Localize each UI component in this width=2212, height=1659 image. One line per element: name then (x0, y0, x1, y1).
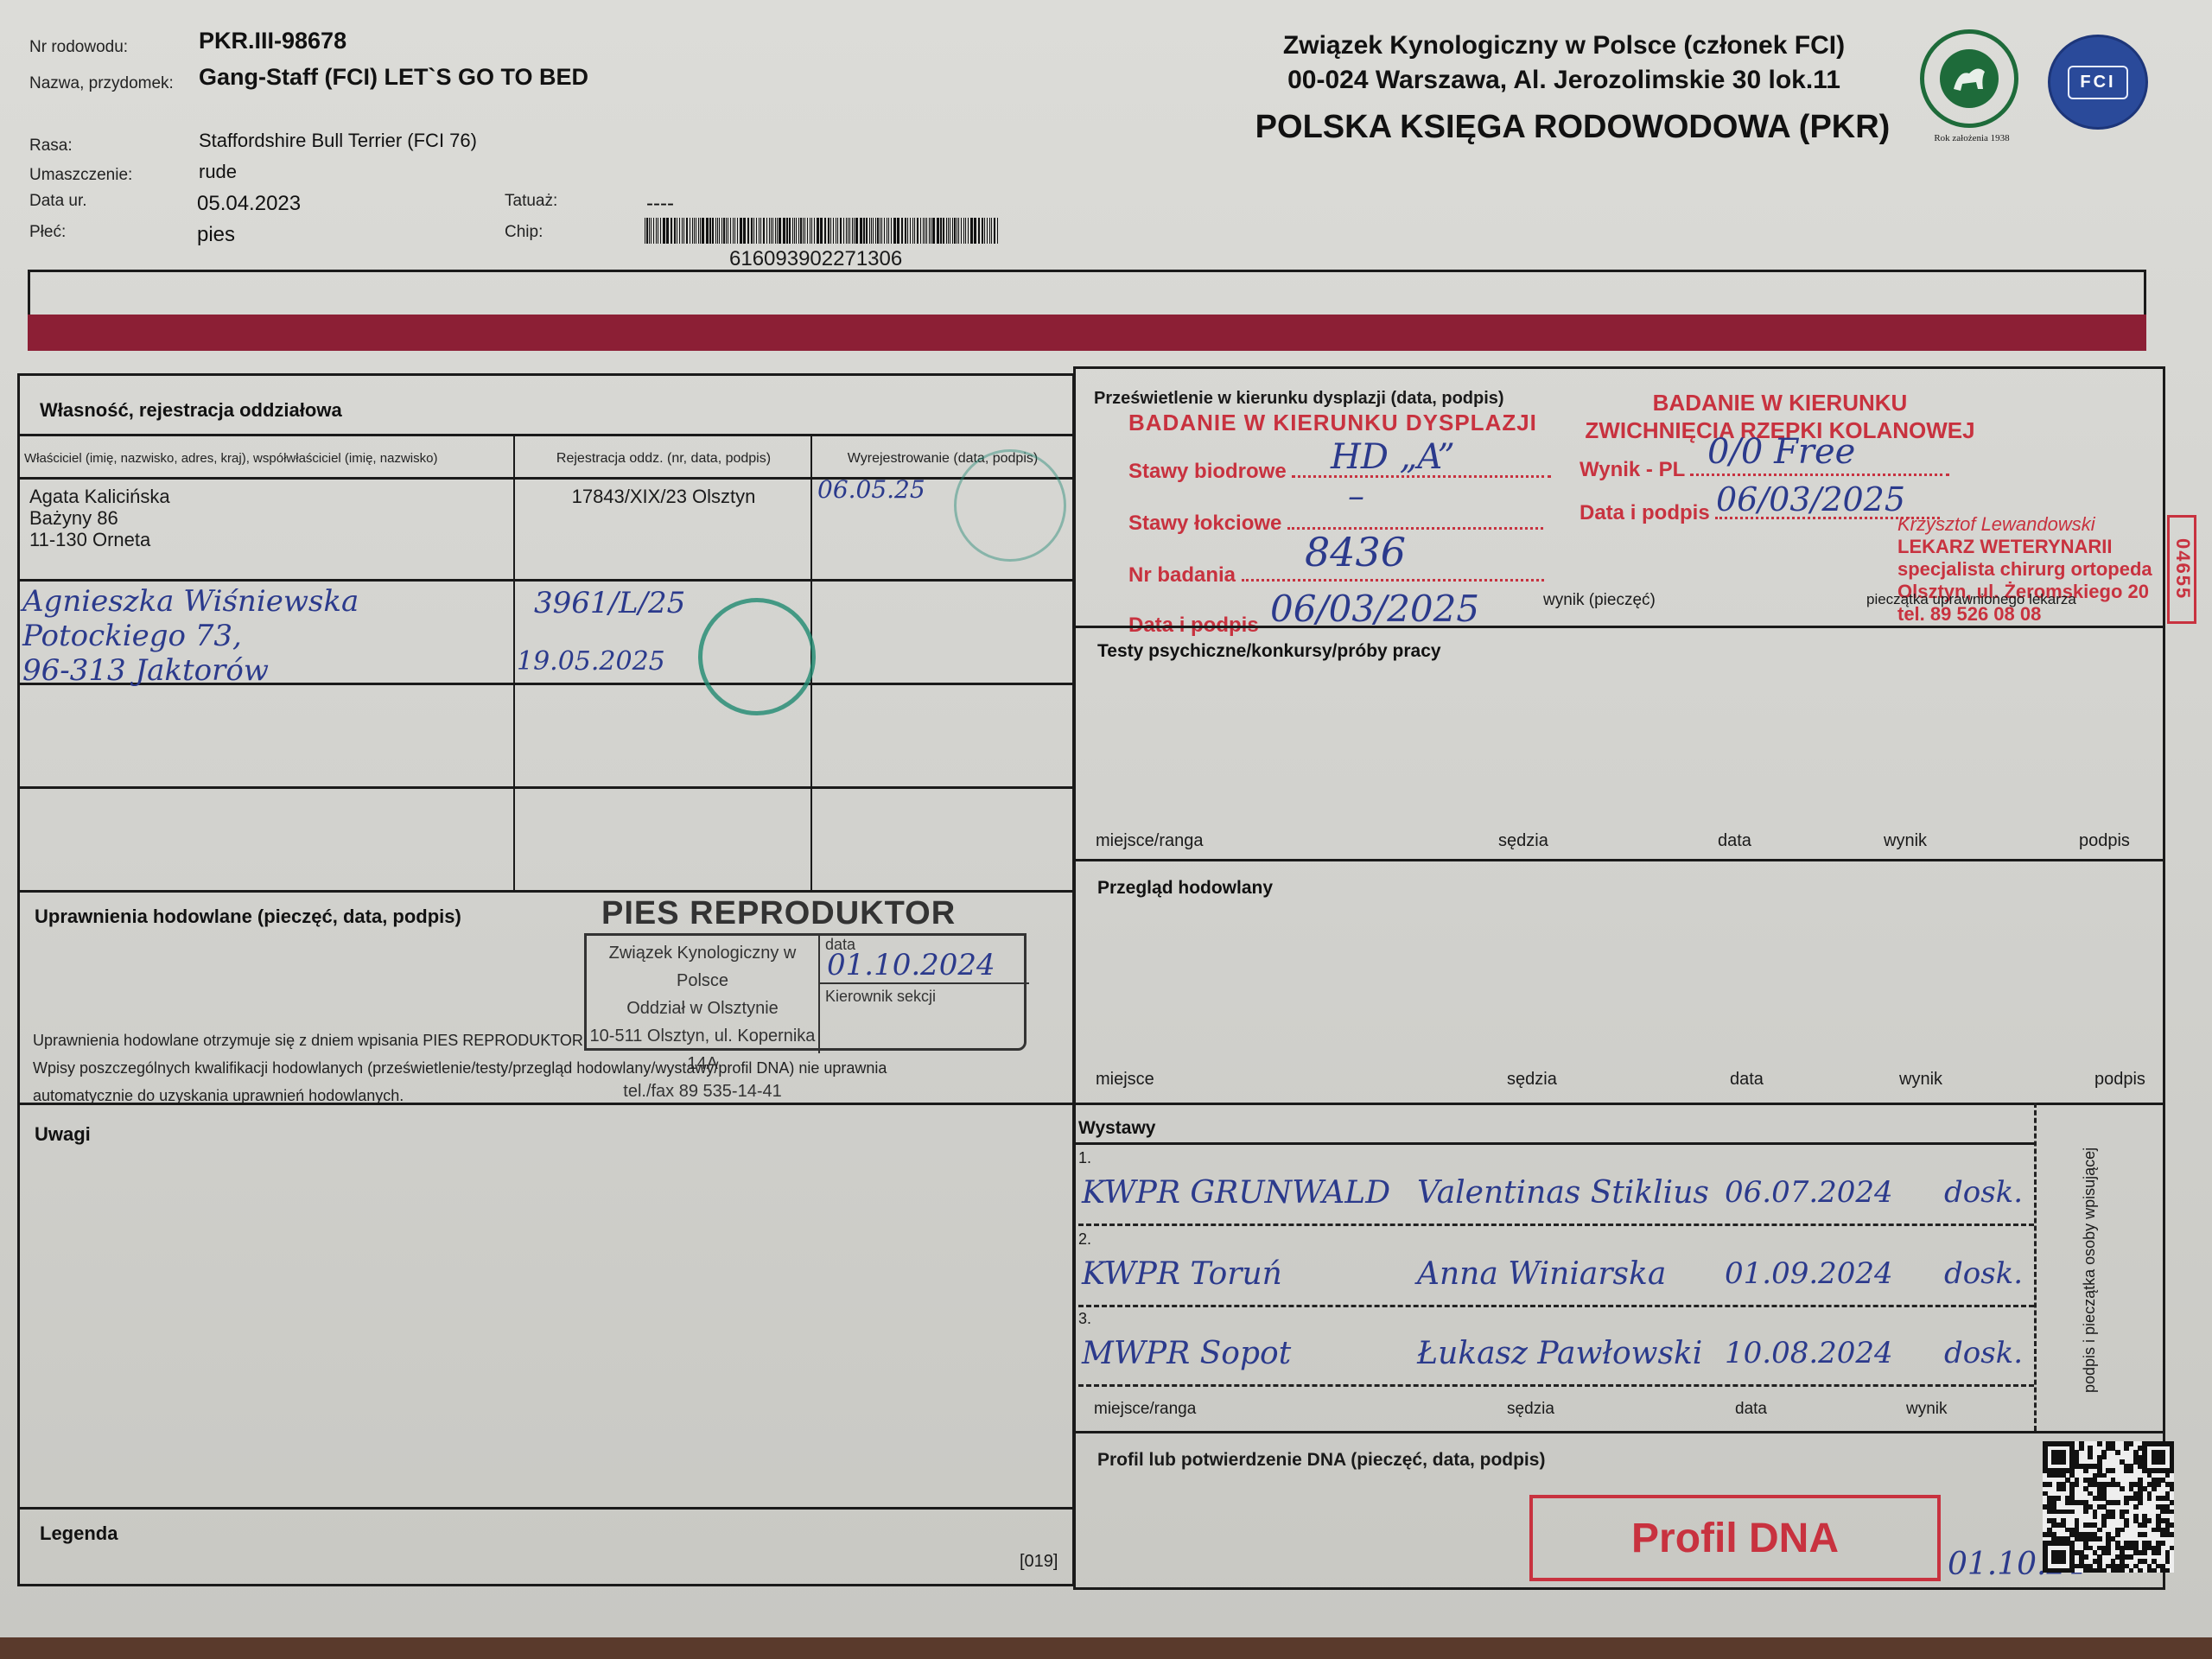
elbows-value: – (1348, 477, 1364, 515)
shows-col-result: wynik (1906, 1400, 1948, 1419)
xray-date-value: 06/03/2025 (1270, 588, 1479, 630)
owner-1-city: 11-130 Orneta (29, 529, 170, 550)
vet-name: Krzysztof Lewandowski (1897, 513, 2152, 536)
owner-1-name: Agata Kalicińska (29, 486, 170, 507)
reg-2: 3961/L/25 (534, 586, 685, 620)
pl-date-label: Data i podpis (1580, 501, 1710, 524)
show-date: 01.09.2024 (1725, 1256, 1893, 1291)
pl-date-value: 06/03/2025 (1716, 480, 1905, 518)
color-band (28, 315, 2146, 351)
stamp-head-label: Kierownik sekcji (825, 988, 936, 1006)
review-col-signature: podpis (2094, 1070, 2145, 1090)
color-label: Umaszczenie: (29, 166, 132, 185)
owner-2-street: Potockiego 73, (22, 619, 359, 653)
zkwp-founded: Rok założenia 1938 (1920, 133, 2024, 143)
review-title: Przegląd hodowlany (1097, 878, 1273, 899)
show-result: dosk. (1944, 1256, 2023, 1291)
tests-title: Testy psychiczne/konkursy/próby pracy (1097, 641, 1441, 662)
dob-label: Data ur. (29, 192, 87, 211)
breed-value: Staffordshire Bull Terrier (FCI 76) (199, 130, 477, 152)
review-col-place: miejsce (1096, 1070, 1154, 1090)
fci-text: FCI (2068, 66, 2127, 99)
result-stamp-label: wynik (pieczęć) (1543, 591, 1656, 610)
note-line3: automatycznie do uzyskania uprawnień hod… (33, 1082, 887, 1109)
exam-no-value: 8436 (1305, 529, 1406, 575)
shows-sign-label: podpis i pieczątka osoby wpisującej (2081, 1123, 2099, 1417)
tests-col-signature: podpis (2079, 831, 2130, 851)
org-name: Związek Kynologiczny w Polsce (członek F… (1262, 31, 1866, 60)
chip-number: 616093902271306 (729, 247, 902, 271)
owner-2-name: Agnieszka Wiśniewska (22, 584, 359, 619)
show-judge: Łukasz Pawłowski (1417, 1336, 1702, 1371)
name-label: Nazwa, przydomek: (29, 74, 174, 93)
review-col-judge: sędzia (1507, 1070, 1557, 1090)
shows-title: Wystawy (1078, 1118, 1156, 1139)
exam-no-label: Nr badania (1128, 563, 1236, 587)
tests-col-judge: sędzia (1498, 831, 1548, 851)
hips-value: HD „A” (1331, 437, 1455, 477)
vet-spec: specjalista chirurg ortopeda (1897, 558, 2152, 581)
remarks-title: Uwagi (35, 1123, 91, 1146)
vet-stamp: Krzysztof Lewandowski LEKARZ WETERYNARII… (1897, 513, 2152, 626)
tests-col-result: wynik (1884, 831, 1927, 851)
ownership-title: Własność, rejestracja oddziałowa (40, 399, 342, 422)
pedigree-document: Nr rodowodu: PKR.III-98678 Nazwa, przydo… (0, 0, 2212, 1637)
review-col-result: wynik (1899, 1070, 1942, 1090)
breeding-note: Uprawnienia hodowlane otrzymuje się z dn… (33, 1027, 887, 1109)
tattoo-value: ---- (646, 192, 674, 216)
show-date: 06.07.2024 (1725, 1175, 1893, 1210)
note-line1: Uprawnienia hodowlane otrzymuje się z dn… (33, 1027, 887, 1054)
chip-barcode (645, 218, 1004, 244)
chip-label: Chip: (505, 223, 543, 242)
elbows-label: Stawy łokciowe (1128, 512, 1281, 535)
org-address: 00-024 Warszawa, Al. Jerozolimskie 30 lo… (1262, 66, 1866, 95)
fci-logo: FCI (2048, 35, 2148, 130)
show-date: 10.08.2024 (1725, 1336, 1893, 1370)
dereg-stamp (954, 449, 1066, 562)
reg-2-date: 19.05.2025 (517, 646, 665, 677)
patella-title-1: BADANIE W KIERUNKU (1581, 389, 1979, 416)
owner-2: Agnieszka Wiśniewska Potockiego 73, 96-3… (22, 584, 359, 688)
show-judge: Valentinas Stiklius (1417, 1175, 1709, 1211)
tests-col-place: miejsce/ranga (1096, 831, 1204, 851)
color-value: rude (199, 161, 237, 183)
dysplasia-stamp-title: BADANIE W KIERUNKU DYSPLAZJI (1128, 410, 1537, 436)
show-number: 3. (1078, 1310, 1091, 1328)
hips-label: Stawy biodrowe (1128, 460, 1287, 483)
shows-col-place: miejsce/ranga (1094, 1400, 1196, 1419)
reg-1: 17843/XIX/23 Olsztyn (517, 486, 810, 508)
pedigree-no: PKR.III-98678 (199, 28, 346, 54)
dereg-1: 06.05.25 (817, 475, 925, 504)
dog-icon (1935, 44, 2004, 113)
sex-label: Płeć: (29, 223, 66, 242)
form-code: [019] (1020, 1552, 1058, 1572)
stamp-date: 01.10.2024 (827, 948, 995, 982)
review-col-date: data (1730, 1070, 1764, 1090)
vet-stamp-label: pieczątka uprawnionego lekarza (1866, 591, 2076, 608)
zkwp-logo (1920, 29, 2018, 128)
vet-number: 04655 (2167, 515, 2196, 624)
dog-name: Gang-Staff (FCI) LET`S GO TO BED (199, 64, 588, 91)
vet-title: LEKARZ WETERYNARII (1897, 536, 2152, 558)
tattoo-label: Tatuaż: (505, 192, 557, 211)
show-result: dosk. (1944, 1175, 2023, 1210)
col-owner-header: Właściciel (imię, nazwisko, adres, kraj)… (24, 451, 517, 466)
show-number: 1. (1078, 1149, 1091, 1167)
owner-1-street: Bażyny 86 (29, 507, 170, 529)
show-place: MWPR Sopot (1082, 1336, 1291, 1371)
show-number: 2. (1078, 1230, 1091, 1249)
breed-label: Rasa: (29, 137, 73, 156)
shows-col-judge: sędzia (1507, 1400, 1554, 1419)
shows-sign-divider (2034, 1103, 2037, 1431)
show-judge: Anna Winiarska (1417, 1256, 1666, 1292)
col-reg-header: Rejestracja oddz. (nr, data, podpis) (517, 451, 810, 467)
qr-code-icon (2043, 1441, 2174, 1573)
pedigree-no-label: Nr rodowodu: (29, 38, 128, 57)
stamp-org-line1: Związek Kynologiczny w Polsce (587, 939, 818, 995)
stamp-org-line2: Oddział w Olsztynie (587, 995, 818, 1022)
note-line2: Wpisy poszczególnych kwalifikacji hodowl… (33, 1054, 887, 1082)
owner-2-city: 96-313 Jaktorów (22, 653, 359, 688)
show-place: KWPR Toruń (1082, 1256, 1282, 1292)
registry-title: POLSKA KSIĘGA RODOWODOWA (PKR) (1244, 109, 1901, 146)
xray-title: Prześwietlenie w kierunku dysplazji (dat… (1094, 389, 1504, 409)
pl-value: 0/0 Free (1707, 432, 1855, 472)
reg-stamp (698, 598, 816, 715)
show-place: KWPR GRUNWALD (1082, 1175, 1390, 1211)
dna-stamp: Profil DNA (1529, 1495, 1941, 1581)
sex-value: pies (197, 223, 235, 247)
shows-col-date: data (1735, 1400, 1767, 1419)
tests-col-date: data (1718, 831, 1751, 851)
legend-title: Legenda (40, 1522, 118, 1545)
owner-1: Agata Kalicińska Bażyny 86 11-130 Orneta (29, 486, 170, 550)
show-result: dosk. (1944, 1336, 2023, 1370)
dob-value: 05.04.2023 (197, 192, 301, 216)
breeding-rights-title: Uprawnienia hodowlane (pieczęć, data, po… (35, 906, 461, 928)
dna-title: Profil lub potwierdzenie DNA (pieczęć, d… (1097, 1450, 1545, 1471)
pl-label: Wynik - PL (1580, 458, 1685, 481)
reproductor-stamp-title: PIES REPRODUKTOR (601, 895, 956, 932)
